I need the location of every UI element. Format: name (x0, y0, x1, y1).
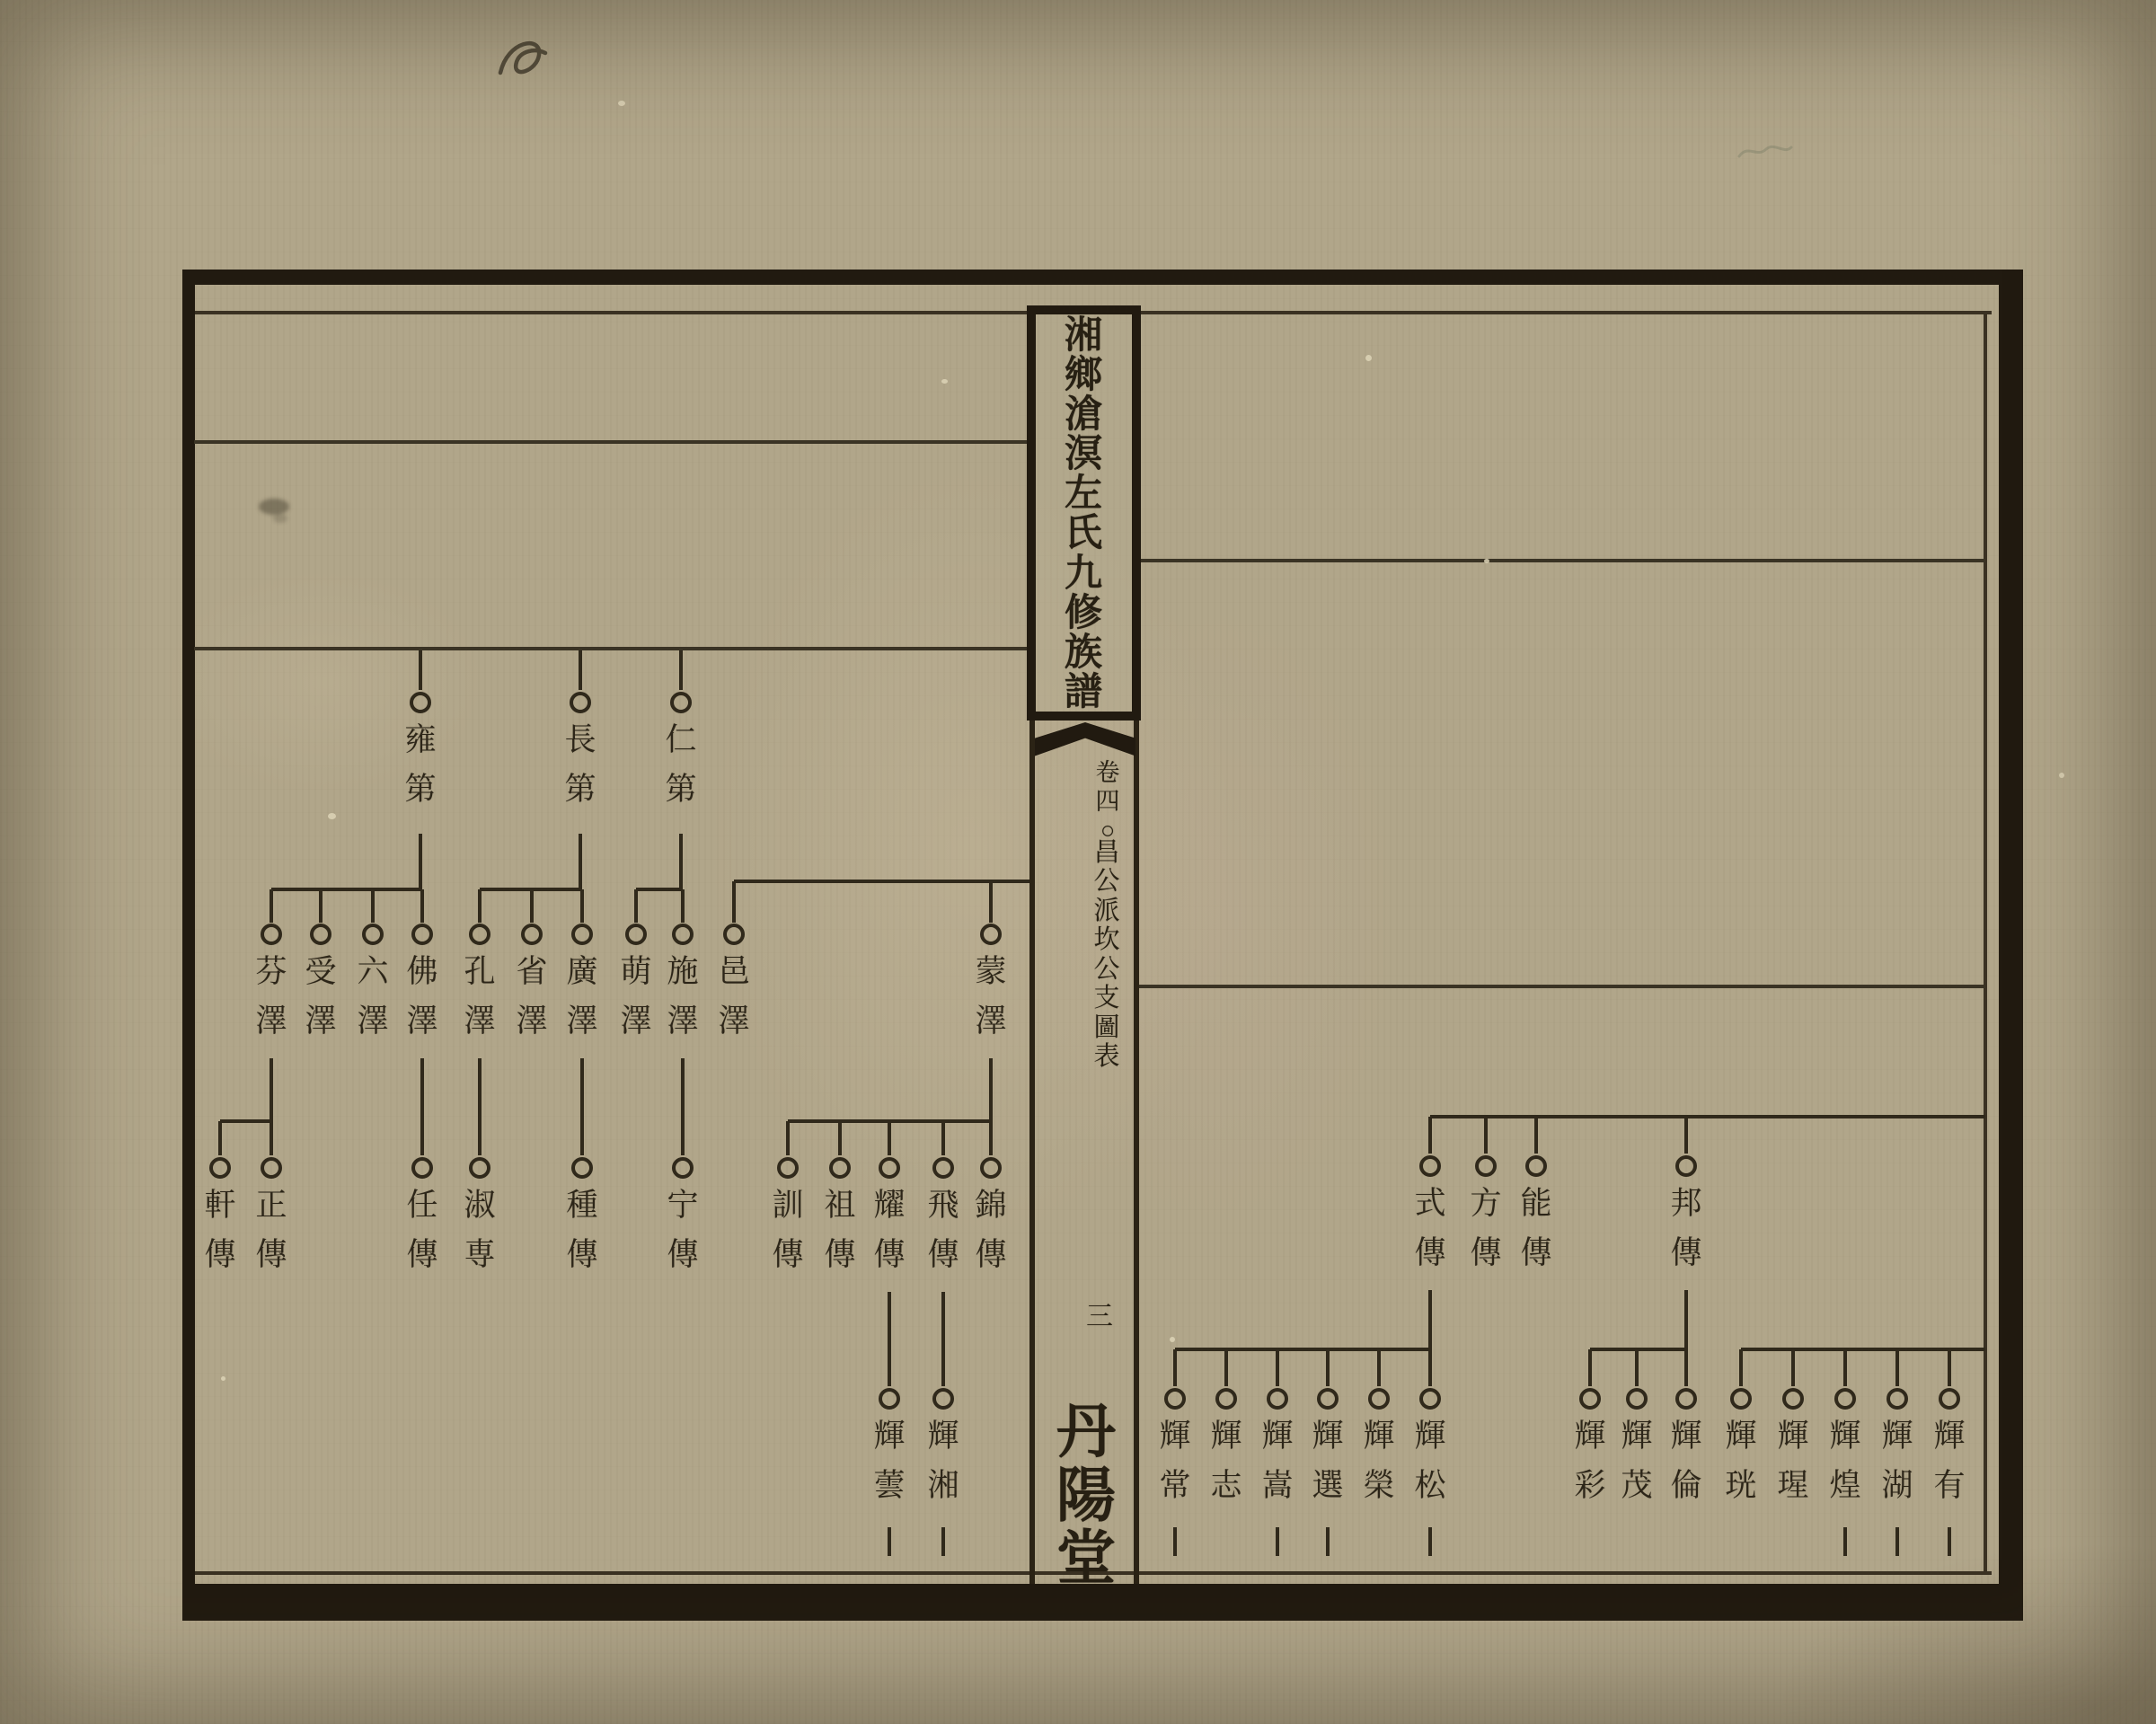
frame-left-border (182, 270, 195, 1621)
person-name: 錦傳 (971, 1180, 1011, 1288)
person-name: 式傳 (1410, 1179, 1450, 1286)
person-name: 輝志 (1206, 1411, 1246, 1519)
descent-line (419, 834, 422, 889)
person-circle (261, 924, 282, 945)
descent-line (1534, 1117, 1538, 1154)
person-name: 輝松 (1410, 1411, 1450, 1519)
person-name: 輝嵩 (1258, 1411, 1297, 1519)
page-number: 三 (1085, 1294, 1114, 1333)
person-name: 輝湖 (1878, 1411, 1917, 1519)
person-circle (672, 924, 694, 945)
descent-line (1276, 1349, 1279, 1386)
person-name: 輝湘 (923, 1411, 963, 1519)
descent-line (1173, 1349, 1177, 1386)
ink-smudge (273, 514, 287, 523)
descent-line (634, 889, 638, 923)
volume-label: 卷四○ (1093, 759, 1122, 845)
person-name: 孔澤 (460, 947, 499, 1055)
descent-line (419, 650, 422, 690)
person-circle (571, 924, 593, 945)
paper-speck (1170, 1337, 1175, 1342)
person-circle (1215, 1388, 1237, 1410)
person-circle (469, 1157, 490, 1179)
paper-speck (2059, 773, 2064, 778)
person-name: 耀傳 (870, 1180, 909, 1288)
person-circle (1730, 1388, 1752, 1410)
descent-line (579, 834, 582, 889)
descent-line (1684, 1349, 1688, 1386)
descent-line (1843, 1349, 1847, 1386)
person-name: 佛澤 (402, 947, 442, 1055)
descent-line (420, 889, 424, 923)
descent-line (478, 889, 482, 923)
person-circle (1317, 1388, 1339, 1410)
person-circle (261, 1157, 282, 1179)
person-circle (1368, 1388, 1390, 1410)
descent-line (941, 1292, 945, 1386)
continuation-stub (1326, 1527, 1330, 1556)
person-name: 省澤 (512, 947, 552, 1055)
person-circle (672, 1157, 694, 1179)
person-name: 方傳 (1466, 1179, 1506, 1286)
descent-line (989, 1058, 993, 1121)
descent-line (579, 650, 582, 690)
person-circle (1675, 1155, 1697, 1177)
descent-line (838, 1121, 842, 1155)
continuation-stub (941, 1527, 945, 1556)
person-circle (1782, 1388, 1804, 1410)
continuation-stub (1428, 1527, 1432, 1556)
person-name: 六澤 (353, 947, 393, 1055)
person-circle (625, 924, 647, 945)
descent-line (1948, 1349, 1951, 1386)
descent-line (681, 889, 685, 923)
descent-line (941, 1121, 945, 1155)
paper-speck (328, 813, 336, 819)
person-name: 萌澤 (616, 947, 656, 1055)
descent-line (269, 1121, 273, 1155)
descent-line (732, 881, 736, 923)
person-circle (932, 1157, 954, 1179)
chart-title: 昌公派坎公支圖表 (1091, 838, 1123, 1072)
person-name: 能傳 (1516, 1179, 1556, 1286)
sibling-connector-bar (1430, 1115, 1985, 1118)
person-name: 受澤 (301, 947, 340, 1055)
person-name: 長第 (561, 715, 600, 823)
person-name: 廣澤 (562, 947, 602, 1055)
person-name: 宁傳 (663, 1180, 702, 1288)
person-name: 輝茂 (1617, 1411, 1657, 1519)
descent-line (1895, 1349, 1899, 1386)
sibling-connector-bar (220, 1119, 271, 1123)
person-circle (1939, 1388, 1960, 1410)
person-circle (362, 924, 384, 945)
person-name: 輝常 (1155, 1411, 1195, 1519)
descent-line (679, 834, 683, 889)
descent-line (786, 1121, 790, 1155)
descent-line (679, 650, 683, 690)
sibling-connector-bar (636, 888, 683, 891)
descent-line (1326, 1349, 1330, 1386)
descent-line (1791, 1349, 1795, 1386)
person-circle (1834, 1388, 1856, 1410)
person-name: 雍第 (401, 715, 440, 823)
faint-pencil-mark (1734, 135, 1797, 171)
descent-line (580, 889, 584, 923)
sibling-connector-bar (271, 888, 422, 891)
person-circle (932, 1388, 954, 1410)
person-name: 輝榮 (1359, 1411, 1399, 1519)
person-circle (1267, 1388, 1288, 1410)
person-name: 輝選 (1308, 1411, 1347, 1519)
descent-line (1588, 1349, 1592, 1386)
person-name: 正傳 (252, 1180, 291, 1288)
person-name: 邦傳 (1666, 1179, 1706, 1286)
descent-line (1428, 1117, 1432, 1154)
continuation-stub (1173, 1527, 1177, 1556)
descent-line (681, 1058, 685, 1155)
generation-rule-line (194, 647, 1029, 650)
person-circle (670, 692, 692, 713)
person-circle (1164, 1388, 1186, 1410)
descent-line (319, 889, 323, 923)
descent-line (1684, 1290, 1688, 1349)
person-name: 仁第 (661, 715, 701, 823)
descent-line (888, 1121, 891, 1155)
ink-smudge (259, 499, 289, 515)
person-name: 軒傳 (200, 1180, 240, 1288)
person-circle (469, 924, 490, 945)
descent-line (269, 889, 273, 923)
descent-line (1428, 1349, 1432, 1386)
generation-rule-line (1139, 559, 1985, 562)
generation-rule-line (194, 440, 1029, 444)
person-circle (310, 924, 331, 945)
person-circle (879, 1388, 900, 1410)
descent-line (1428, 1290, 1432, 1349)
descent-line (371, 889, 375, 923)
person-circle (879, 1157, 900, 1179)
frame-inner-right-line (1984, 311, 1987, 1575)
scanned-genealogy-page: 湘鄉滄溟左氏九修族譜 卷四○ 昌公派坎公支圖表 三 丹陽堂 雍第長第仁第芬澤受澤… (0, 0, 2156, 1724)
descent-line (1684, 1117, 1688, 1154)
continuation-stub (1948, 1527, 1951, 1556)
person-name: 輝蕓 (870, 1411, 909, 1519)
person-circle (1886, 1388, 1908, 1410)
descent-line (269, 1058, 273, 1121)
descent-line (888, 1292, 891, 1386)
paper-speck (1484, 559, 1489, 563)
frame-top-border (182, 270, 2023, 285)
descent-line (1635, 1349, 1639, 1386)
descent-line (989, 1121, 993, 1155)
person-circle (411, 924, 433, 945)
descent-line (218, 1121, 222, 1155)
person-name: 輝有 (1930, 1411, 1969, 1519)
person-circle (829, 1157, 851, 1179)
paper-speck (941, 379, 948, 384)
continuation-stub (888, 1527, 891, 1556)
person-name: 輝煌 (1825, 1411, 1865, 1519)
person-circle (1675, 1388, 1697, 1410)
person-circle (1579, 1388, 1601, 1410)
person-name: 種傳 (562, 1180, 602, 1288)
person-name: 邑澤 (714, 947, 754, 1055)
person-name: 輝彩 (1570, 1411, 1610, 1519)
descent-line (420, 1058, 424, 1155)
frame-right-border (1999, 270, 2023, 1621)
person-circle (777, 1157, 799, 1179)
person-name: 輝倫 (1666, 1411, 1706, 1519)
sibling-connector-bar (734, 880, 1029, 883)
person-circle (571, 1157, 593, 1179)
paper-speck (1365, 355, 1372, 361)
person-name: 施澤 (663, 947, 702, 1055)
person-name: 祖傳 (820, 1180, 860, 1288)
person-name: 蒙澤 (971, 947, 1011, 1055)
person-circle (410, 692, 431, 713)
continuation-stub (1843, 1527, 1847, 1556)
person-name: 飛傳 (923, 1180, 963, 1288)
person-name: 訓傳 (768, 1180, 808, 1288)
generation-rule-line (1139, 985, 1985, 988)
book-title: 湘鄉滄溟左氏九修族譜 (1060, 316, 1107, 712)
descent-line (580, 1058, 584, 1155)
person-name: 任傳 (402, 1180, 442, 1288)
descent-line (1739, 1349, 1743, 1386)
person-name: 輝珖 (1721, 1411, 1761, 1519)
handwritten-ink-mark (490, 31, 561, 94)
paper-speck (618, 101, 625, 106)
descent-line (478, 1058, 482, 1155)
person-name: 芬澤 (252, 947, 291, 1055)
descent-line (989, 881, 993, 923)
hall-name: 丹陽堂 (1053, 1401, 1119, 1592)
person-name: 輝瑆 (1773, 1411, 1813, 1519)
person-circle (1626, 1388, 1648, 1410)
paper-speck (221, 1376, 225, 1381)
person-circle (980, 1157, 1002, 1179)
person-circle (1419, 1155, 1441, 1177)
descent-line (530, 889, 534, 923)
continuation-stub (1276, 1527, 1279, 1556)
person-name: 淑専 (460, 1180, 499, 1288)
descent-line (1224, 1349, 1228, 1386)
person-circle (521, 924, 543, 945)
descent-line (1377, 1349, 1381, 1386)
person-circle (411, 1157, 433, 1179)
descent-line (1484, 1117, 1488, 1154)
continuation-stub (1895, 1527, 1899, 1556)
person-circle (980, 924, 1002, 945)
person-circle (1475, 1155, 1497, 1177)
person-circle (723, 924, 745, 945)
person-circle (570, 692, 591, 713)
person-circle (1419, 1388, 1441, 1410)
person-circle (209, 1157, 231, 1179)
sibling-connector-bar (1175, 1348, 1430, 1351)
person-circle (1525, 1155, 1547, 1177)
